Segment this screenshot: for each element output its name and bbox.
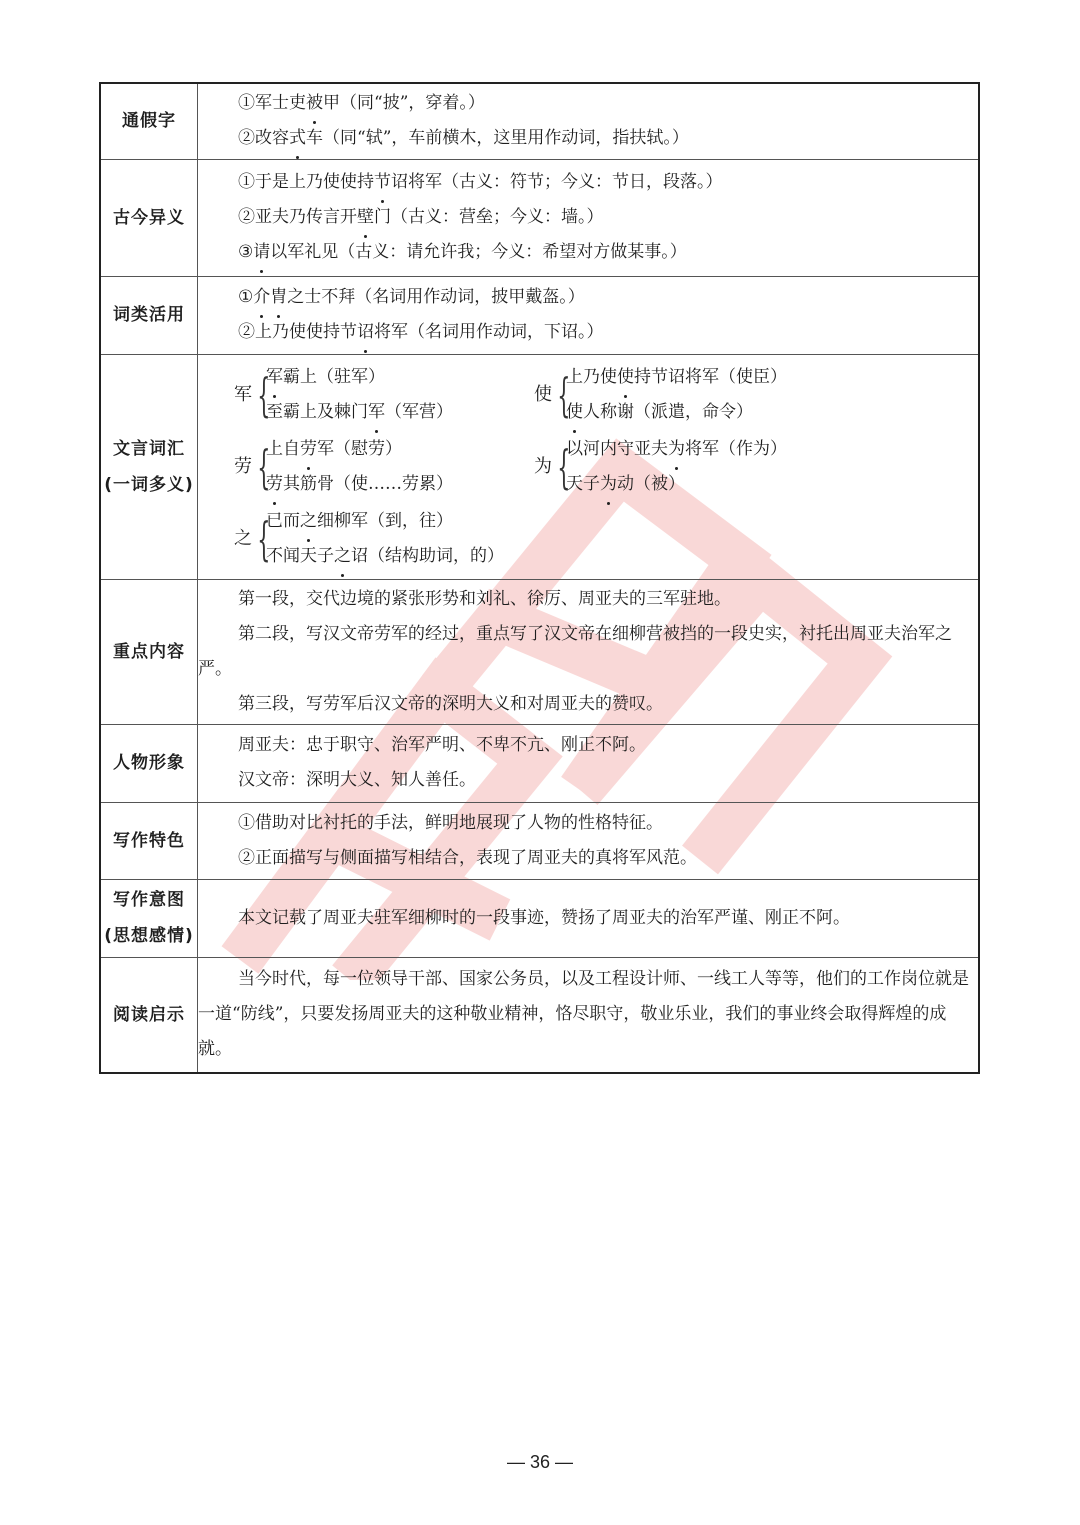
- content-line: ②改容式车（同“轼”，车前横木，这里用作动词，指扶轼。）: [198, 121, 978, 156]
- table-row: 重点内容第一段，交代边境的紧张形势和刘礼、徐厉、周亚夫的三军驻地。第二段，写汉文…: [100, 579, 979, 724]
- polysemy-example: 至霸上及棘门军（军营）: [266, 395, 453, 430]
- polysemy-example: 以河内守亚夫为将军（作为）: [566, 432, 787, 467]
- row-label: 通假字: [100, 83, 198, 159]
- content-line: 周亚夫：忠于职守、治军严明、不卑不亢、刚正不阿。: [198, 728, 978, 763]
- row-label: 文言词汇(一词多义): [100, 354, 198, 579]
- emphasized-character: 胄: [270, 280, 287, 315]
- brace-icon: {: [257, 437, 262, 497]
- content-line: ②上乃使使持节诏将军（名词用作动词，下诏。）: [198, 315, 978, 350]
- row-label: 写作意图(思想感情): [100, 879, 198, 957]
- emphasized-character: 使: [617, 360, 634, 395]
- polysemy-example: 上乃使使持节诏将军（使臣）: [566, 360, 787, 395]
- content-line: ③请以军礼见（古义：请允许我；今义：希望对方做某事。）: [198, 235, 978, 270]
- content-line: ②正面描写与侧面描写相结合，表现了周亚夫的真将军风范。: [198, 841, 978, 876]
- polysemy-head-word: 军: [234, 377, 256, 412]
- polysemy-example: 军霸上（驻军）: [266, 360, 453, 395]
- emphasized-character: 使: [566, 395, 583, 430]
- polysemy-head-word: 劳: [234, 449, 256, 484]
- content-paragraph: 第三段，写劳军后汉文帝的深明大义和对周亚夫的赞叹。: [198, 687, 978, 722]
- content-line: ①介胄之士不拜（名词用作动词，披甲戴盔。）: [198, 280, 978, 315]
- polysemy-group: 劳{上自劳军（慰劳）劳其筋骨（使……劳累）: [234, 432, 534, 502]
- emphasized-character: 节: [374, 165, 391, 200]
- emphasized-character: 介: [253, 280, 270, 315]
- polysemy-group: 军{军霸上（驻军）至霸上及棘门军（军营）: [234, 360, 534, 430]
- emphasized-character: 之: [300, 504, 317, 539]
- polysemy-grid: 军{军霸上（驻军）至霸上及棘门军（军营）使{上乃使使持节诏将军（使臣）使人称谢（…: [198, 355, 978, 579]
- row-label: 人物形象: [100, 724, 198, 802]
- emphasized-character: 为: [668, 432, 685, 467]
- polysemy-example: 使人称谢（派遣，命令）: [566, 395, 787, 430]
- brace-icon: {: [257, 365, 262, 425]
- polysemy-example: 上自劳军（慰劳）: [266, 432, 453, 467]
- table-row: 词类活用①介胄之士不拜（名词用作动词，披甲戴盔。）②上乃使使持节诏将军（名词用作…: [100, 276, 979, 354]
- row-label: 重点内容: [100, 579, 198, 724]
- emphasized-character: 请: [253, 235, 270, 270]
- row-label: 阅读启示: [100, 957, 198, 1073]
- row-content: ①介胄之士不拜（名词用作动词，披甲戴盔。）②上乃使使持节诏将军（名词用作动词，下…: [198, 276, 980, 354]
- row-content: ①军士吏被甲（同“披”，穿着。）②改容式车（同“轼”，车前横木，这里用作动词，指…: [198, 83, 980, 159]
- brace-icon: {: [257, 509, 262, 569]
- row-label: 古今异义: [100, 159, 198, 276]
- polysemy-group: 为{以河内守亚夫为将军（作为）天子为动（被）: [534, 432, 834, 502]
- polysemy-group: 之{已而之细柳军（到，往）不闻天子之诏（结构助词，的）: [234, 504, 534, 574]
- emphasized-character: 之: [334, 539, 351, 574]
- emphasized-character: 劳: [300, 432, 317, 467]
- row-content: 周亚夫：忠于职守、治军严明、不卑不亢、刚正不阿。汉文帝：深明大义、知人善任。: [198, 724, 980, 802]
- content-paragraph: 第二段，写汉文帝劳军的经过，重点写了汉文帝在细柳营被挡的一段史实，衬托出周亚夫治…: [198, 617, 978, 687]
- page-number: — 36 —: [0, 1452, 1080, 1473]
- content-line: 本文记载了周亚夫驻军细柳时的一段事迹，赞扬了周亚夫的治军严谨、刚正不阿。: [198, 901, 978, 936]
- content-line: ①于是上乃使使持节诏将军（古义：符节；今义：节日，段落。）: [198, 165, 978, 200]
- table-row: 文言词汇(一词多义)军{军霸上（驻军）至霸上及棘门军（军营）使{上乃使使持节诏将…: [100, 354, 979, 579]
- polysemy-example: 已而之细柳军（到，往）: [266, 504, 504, 539]
- emphasized-character: 被: [306, 86, 323, 121]
- emphasized-character: 军: [368, 395, 385, 430]
- content-paragraph: 第一段，交代边境的紧张形势和刘礼、徐厉、周亚夫的三军驻地。: [198, 582, 978, 617]
- row-label: 写作特色: [100, 802, 198, 879]
- study-notes-table: 通假字①军士吏被甲（同“披”，穿着。）②改容式车（同“轼”，车前横木，这里用作动…: [99, 82, 980, 1074]
- polysemy-head-word: 之: [234, 521, 256, 556]
- content-line: 汉文帝：深明大义、知人善任。: [198, 763, 978, 798]
- polysemy-example: 不闻天子之诏（结构助词，的）: [266, 539, 504, 574]
- row-content: ①借助对比衬托的手法，鲜明地展现了人物的性格特征。②正面描写与侧面描写相结合，表…: [198, 802, 980, 879]
- emphasized-character: 军: [266, 360, 283, 395]
- row-content: 当今时代，每一位领导干部、国家公务员，以及工程设计师、一线工人等等，他们的工作岗…: [198, 957, 980, 1073]
- table-row: 古今异义①于是上乃使使持节诏将军（古义：符节；今义：节日，段落。）②亚夫乃传言开…: [100, 159, 979, 276]
- row-content: 军{军霸上（驻军）至霸上及棘门军（军营）使{上乃使使持节诏将军（使臣）使人称谢（…: [198, 354, 980, 579]
- content-paragraph: 当今时代，每一位领导干部、国家公务员，以及工程设计师、一线工人等等，他们的工作岗…: [198, 962, 978, 1067]
- emphasized-character: 诏: [357, 315, 374, 350]
- table-row: 写作特色①借助对比衬托的手法，鲜明地展现了人物的性格特征。②正面描写与侧面描写相…: [100, 802, 979, 879]
- emphasized-character: 劳: [266, 467, 283, 502]
- row-label: 词类活用: [100, 276, 198, 354]
- polysemy-example: 天子为动（被）: [566, 467, 787, 502]
- polysemy-head-word: 使: [534, 377, 556, 412]
- polysemy-head-word: 为: [534, 449, 556, 484]
- emphasized-character: 为: [600, 467, 617, 502]
- brace-icon: {: [557, 437, 562, 497]
- polysemy-example: 劳其筋骨（使……劳累）: [266, 467, 453, 502]
- table-row: 写作意图(思想感情)本文记载了周亚夫驻军细柳时的一段事迹，赞扬了周亚夫的治军严谨…: [100, 879, 979, 957]
- row-content: ①于是上乃使使持节诏将军（古义：符节；今义：节日，段落。）②亚夫乃传言开壁门（古…: [198, 159, 980, 276]
- content-line: ②亚夫乃传言开壁门（古义：营垒；今义：墙。）: [198, 200, 978, 235]
- emphasized-character: 壁: [357, 200, 374, 235]
- table-row: 通假字①军士吏被甲（同“披”，穿着。）②改容式车（同“轼”，车前横木，这里用作动…: [100, 83, 979, 159]
- emphasized-character: 式: [289, 121, 306, 156]
- row-content: 第一段，交代边境的紧张形势和刘礼、徐厉、周亚夫的三军驻地。第二段，写汉文帝劳军的…: [198, 579, 980, 724]
- content-line: ①借助对比衬托的手法，鲜明地展现了人物的性格特征。: [198, 806, 978, 841]
- row-content: 本文记载了周亚夫驻军细柳时的一段事迹，赞扬了周亚夫的治军严谨、刚正不阿。: [198, 879, 980, 957]
- table-row: 人物形象周亚夫：忠于职守、治军严明、不卑不亢、刚正不阿。汉文帝：深明大义、知人善…: [100, 724, 979, 802]
- brace-icon: {: [557, 365, 562, 425]
- polysemy-group: 使{上乃使使持节诏将军（使臣）使人称谢（派遣，命令）: [534, 360, 834, 430]
- content-line: ①军士吏被甲（同“披”，穿着。）: [198, 86, 978, 121]
- table-row: 阅读启示当今时代，每一位领导干部、国家公务员，以及工程设计师、一线工人等等，他们…: [100, 957, 979, 1073]
